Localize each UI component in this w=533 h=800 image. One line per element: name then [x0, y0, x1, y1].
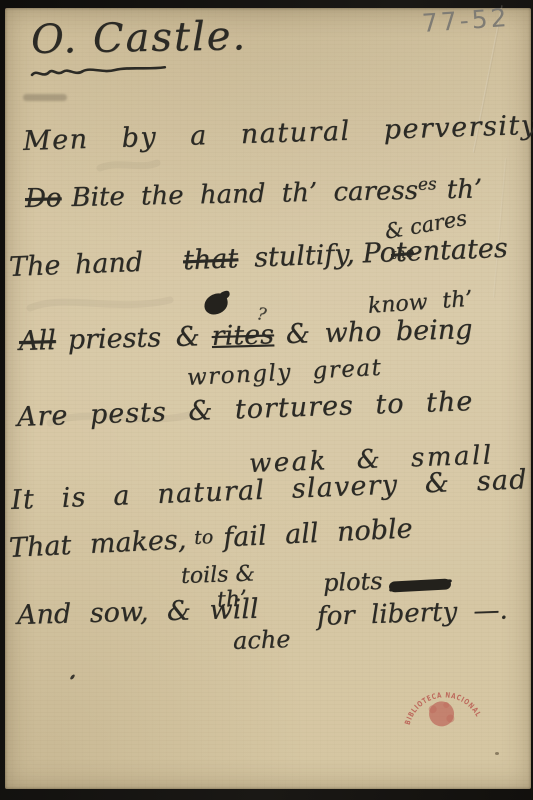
- line-text: The hand: [8, 247, 143, 283]
- line-text: priests &: [67, 321, 200, 355]
- line-text: stultify,: [254, 239, 356, 274]
- small-insertion: to: [194, 526, 214, 549]
- struck-word: that: [182, 243, 238, 276]
- manuscript-title: O. Castle.: [31, 16, 248, 60]
- stamp-center-blob: [427, 700, 456, 729]
- struck-word: Do: [25, 183, 62, 214]
- paper-sheet: O. Castle. 77-52 Men by a natural perver…: [5, 8, 531, 789]
- interline-insertion: plots: [323, 569, 383, 595]
- superscript-insertion: es: [418, 173, 437, 193]
- struck-underlined-word: rites: [211, 319, 274, 352]
- handwritten-line-8-end: for liberty —.: [317, 597, 509, 630]
- catalog-number: 77-52: [421, 5, 510, 36]
- struck-word: All: [19, 325, 57, 357]
- superscript-insertion: th’: [216, 588, 247, 612]
- ink-smudge: [23, 94, 67, 101]
- interline-insertion: toils &: [181, 563, 256, 588]
- paper-speck: [495, 752, 499, 755]
- scanned-manuscript-page: O. Castle. 77-52 Men by a natural perver…: [0, 0, 533, 800]
- library-stamp: BIBLIOTECA NACIONAL: [388, 657, 491, 750]
- line-text: th’: [446, 174, 482, 205]
- line-text: & who being: [286, 314, 473, 350]
- line-text: Potentates: [362, 233, 508, 270]
- subscript-insertion: ache: [233, 627, 291, 653]
